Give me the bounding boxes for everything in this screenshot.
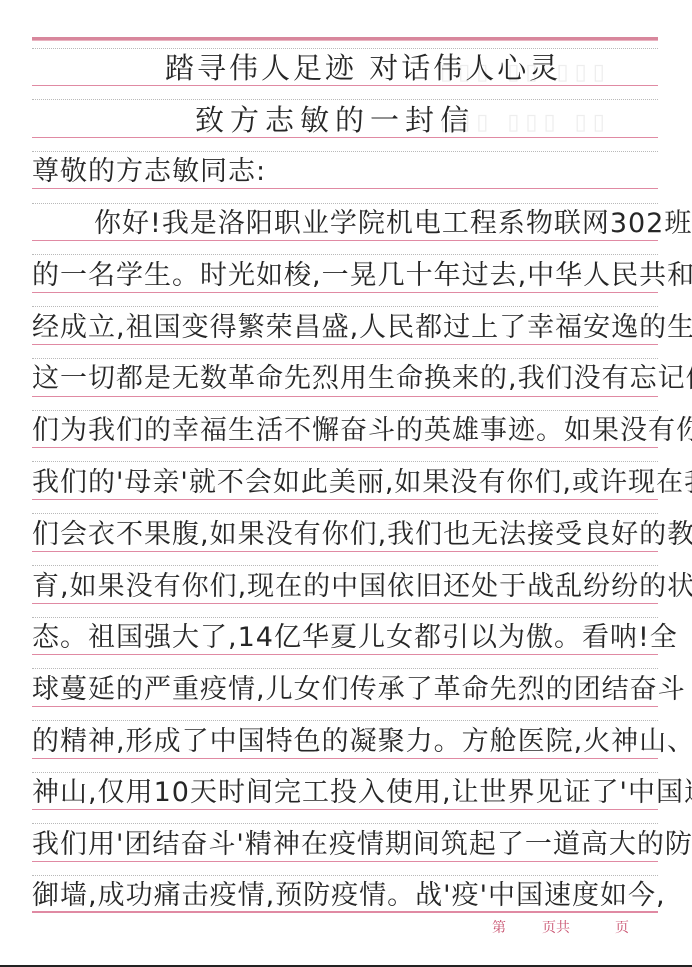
body-line: 我们的'母亲'就不会如此美丽,如果没有你们,或许现在我 xyxy=(32,467,658,499)
rule-dotted xyxy=(32,565,658,566)
rule-solid xyxy=(32,137,658,138)
rule-dotted xyxy=(32,461,658,462)
rule-solid xyxy=(32,292,658,293)
rule-dotted xyxy=(32,513,658,514)
rule-solid xyxy=(32,861,658,862)
body-line: 这一切都是无数革命先烈用生命换来的,我们没有忘记你 xyxy=(32,363,658,395)
rule-dotted xyxy=(32,720,658,721)
body-line: 你好!我是洛阳职业学院机电工程系物联网302班 xyxy=(32,208,692,240)
body-line: 态。祖国强大了,14亿华夏儿女都引以为傲。看呐!全 xyxy=(32,622,658,654)
footer-page-prefix: 第 xyxy=(492,917,506,937)
body-line: 育,如果没有你们,现在的中国依旧还处于战乱纷纷的状 xyxy=(32,571,658,603)
body-line: 经成立,祖国变得繁荣昌盛,人民都过上了幸福安逸的生活, xyxy=(32,312,658,344)
rule-dotted xyxy=(32,772,658,773)
rule-dotted xyxy=(32,48,658,49)
rule-solid xyxy=(32,499,658,500)
rule-solid xyxy=(32,240,658,241)
rule-solid xyxy=(32,396,658,397)
body-line: 的一名学生。时光如梭,一晃几十年过去,中华人民共和国已 xyxy=(32,260,658,292)
top-double-rule xyxy=(32,37,658,40)
footer-page-suffix: 页 xyxy=(615,917,629,937)
rule-dotted xyxy=(32,823,658,824)
rule-dotted xyxy=(32,410,658,411)
letter-subtitle: 致方志敏的一封信 xyxy=(195,104,692,136)
body-line: 御墙,成功痛击疫情,预防疫情。战'疫'中国速度如今, xyxy=(32,880,658,912)
rule-dotted xyxy=(32,99,658,100)
rule-dotted xyxy=(32,358,658,359)
rule-solid xyxy=(32,551,658,552)
letter-title: 踏寻伟人足迹 对话伟人心灵 xyxy=(165,52,692,84)
body-line: 神山,仅用10天时间完工投入使用,让世界见证了'中国速度', xyxy=(32,777,658,809)
rule-solid xyxy=(32,809,658,810)
rule-dotted xyxy=(32,875,658,876)
rule-dotted xyxy=(32,668,658,669)
rule-dotted xyxy=(32,306,658,307)
rule-solid xyxy=(32,344,658,345)
rule-dotted xyxy=(32,254,658,255)
rule-solid xyxy=(32,447,658,448)
footer-page-mid: 页共 xyxy=(542,917,570,937)
letter-page: ▯▯▯ ▯▯ ▯▯▯ ▯▯▯ ▯▯▯ ▯▯ 踏寻伟人足迹 对话伟人心灵 致方志敏… xyxy=(0,0,692,967)
rule-dotted xyxy=(32,617,658,618)
rule-solid xyxy=(32,603,658,604)
rule-solid xyxy=(32,654,658,655)
body-line: 我们用'团结奋斗'精神在疫情期间筑起了一道高大的防 xyxy=(32,829,658,861)
rule-dotted xyxy=(32,203,658,204)
salutation: 尊敬的方志敏同志: xyxy=(32,156,658,188)
rule-solid xyxy=(32,188,658,189)
rule-solid xyxy=(32,85,658,86)
body-line: 球蔓延的严重疫情,儿女们传承了革命先烈的团结奋斗 xyxy=(32,674,658,706)
body-line: 们为我们的幸福生活不懈奋斗的英雄事迹。如果没有你们, xyxy=(32,415,658,447)
rule-dotted xyxy=(32,151,658,152)
rule-solid xyxy=(32,706,658,707)
body-line: 们会衣不果腹,如果没有你们,我们也无法接受良好的教 xyxy=(32,519,658,551)
body-line: 的精神,形成了中国特色的凝聚力。方舱医院,火神山、雷 xyxy=(32,726,658,758)
rule-solid xyxy=(32,758,658,759)
